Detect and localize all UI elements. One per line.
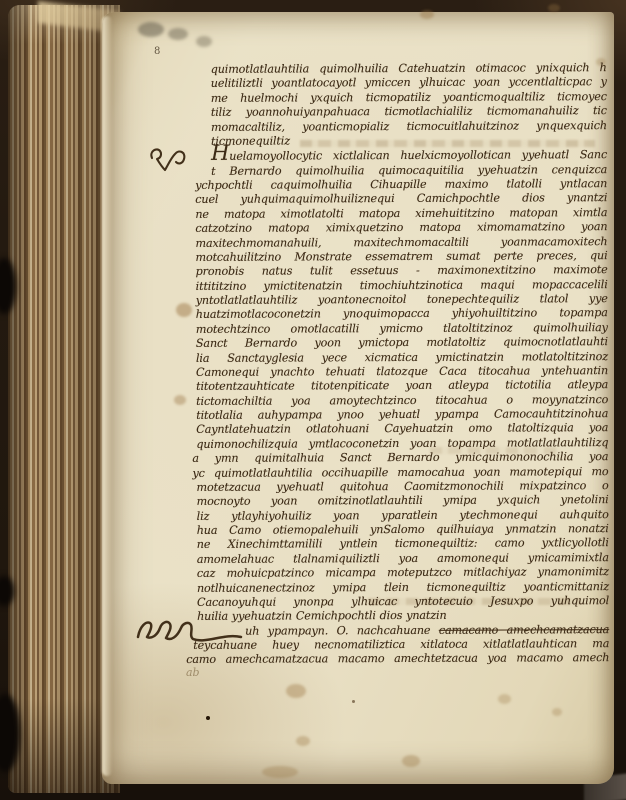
manuscript-line: camo amechcamatzacua macamo amechtetzacu… [186,651,609,667]
stain-spot [402,755,420,767]
manuscript-line: uelitiliztli yoantlatocayotl ymiccen ylh… [195,75,607,91]
manuscript-line: caz mohuicpatzinco micampa moteputzco mi… [197,565,609,581]
stain-spot [552,708,562,716]
manuscript-line: Huelamoyollocytic xictlalican huelxicmoy… [195,147,607,164]
book-photograph: 8 quimotlatlauhtilia quimolhuilia Catehu… [0,0,626,800]
manuscript-line: catzotzino matopa ximixquetzino matopa x… [195,220,607,236]
manuscript-line: lia Sanctayglesia yece xicmatica ymictin… [196,350,608,366]
stain-spot [296,736,310,746]
manuscript-line: cuel yuhquimaquimolhuiliznequi Camichpoc… [195,191,607,207]
folio-mark: 8 [154,46,160,57]
paragraph-flourish-icon [148,147,188,177]
stain-spot [262,766,298,778]
stain-spot [286,684,306,698]
manuscript-line: Cayntlatehuatzin otlatohuani Cayehuatzin… [196,421,608,437]
ink-smudge [196,36,212,47]
manuscript-line: titotentzauhticate titotenpiticate yoan … [196,378,608,394]
stain-spot [174,395,186,405]
manuscript-text: quimotlatlauhtilia quimolhuilia Catehuat… [195,61,610,668]
manuscript-line: pronobis natus tulit essetuus - maximone… [196,263,608,279]
catchword: ab [186,666,200,679]
manuscript-line: tiliz yoannohuiyanpahuaca ticmotlachiali… [195,104,607,120]
manuscript-line: notlhuicanenectzinoz ymipa tlein ticmone… [197,580,609,596]
page-edge-highlight [102,16,112,776]
manuscript-line: Sanct Bernardo yoon ymictopa motlatoltiz… [196,335,608,351]
manuscript-line-text: uh ypampayn. O. nachcahuane [245,623,439,637]
stain-spot [548,4,560,12]
manuscript-line: mocnoyto yoan omitzinotlatlauhtili ymipa… [197,493,609,509]
stain-spot [420,10,434,19]
manuscript-line: Cacanoyuhqui ynonpa ylhuicac yntotecuio … [197,594,609,610]
ink-dot [206,716,210,720]
stain-spot [176,303,192,317]
stain-spot [498,694,511,704]
manuscript-line: momacaltiliz, yoanticmopializ ticmocuitl… [195,119,607,135]
ink-smudge [138,22,164,37]
ink-smudge [168,28,188,40]
ink-dot [352,700,355,703]
manuscript-line: a ymn quimitalhuia Sanct Bernardo ymicqu… [192,450,608,466]
manuscript-line: ne Xinechimttamilili yntlein ticmonequil… [197,536,609,552]
struck-text: camacamo amechcamatzacua [439,623,609,637]
manuscript-line: maxitechmomanahuili, maxitechmomacaltili… [195,235,607,251]
manuscript-line: huatzimotlacoconetzin ynoquimopacca yhiy… [196,306,608,322]
